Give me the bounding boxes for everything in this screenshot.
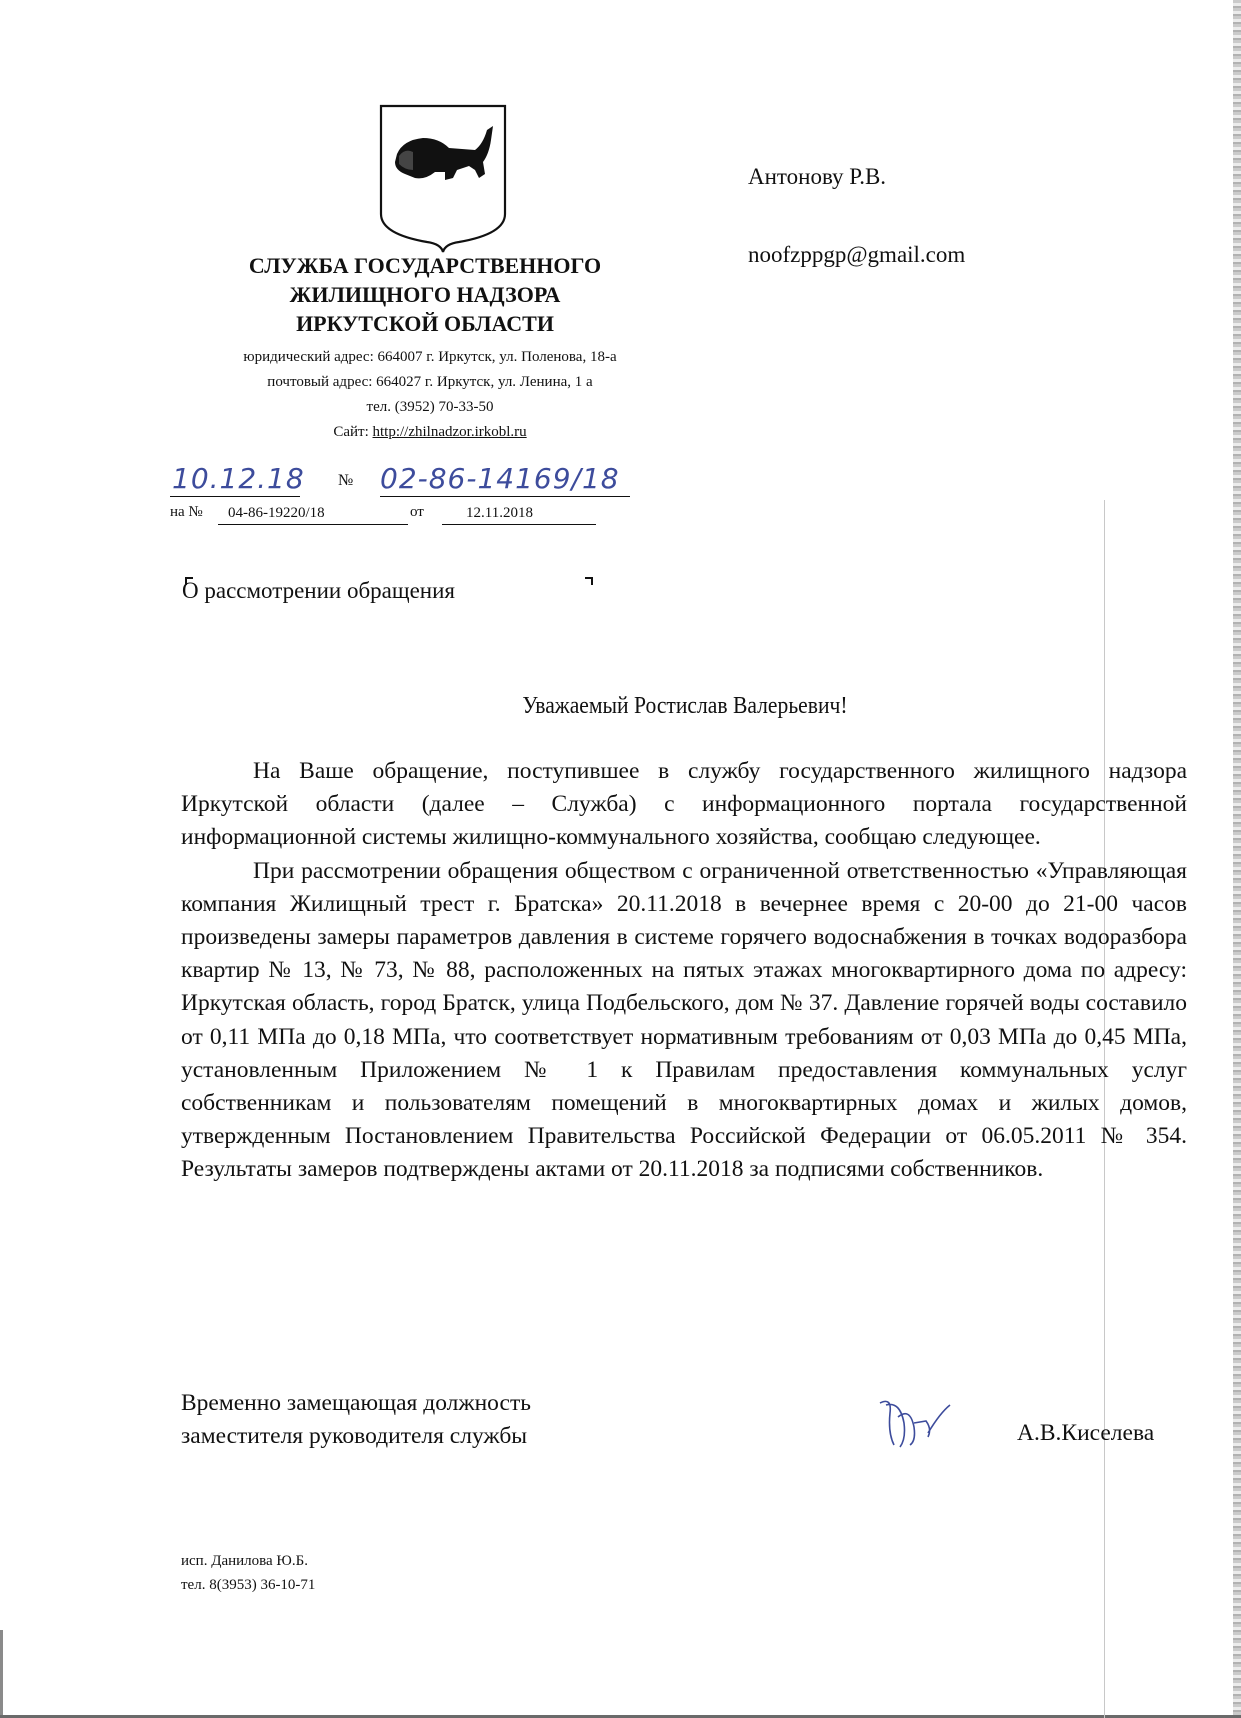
org-name-line-1: СЛУЖБА ГОСУДАРСТВЕННОГО — [180, 251, 670, 280]
scan-edge-left — [0, 1630, 3, 1718]
executor-phone: тел. 8(3953) 36-10-71 — [181, 1573, 315, 1597]
org-site: Сайт: http://zhilnadzor.irkobl.ru — [170, 420, 690, 445]
legal-address: юридический адрес: 664007 г. Иркутск, ул… — [170, 345, 690, 370]
greeting: Уважаемый Ростислав Валерьевич! — [231, 693, 1140, 720]
executor-name: исп. Данилова Ю.Б. — [181, 1549, 315, 1573]
signer-position-line-1: Временно замещающая должность — [181, 1387, 531, 1420]
letter-body: На Ваше обращение, поступившее в службу … — [181, 755, 1187, 1187]
subject-corner-right — [585, 577, 593, 585]
organization-name: СЛУЖБА ГОСУДАРСТВЕННОГО ЖИЛИЩНОГО НАДЗОР… — [180, 251, 670, 338]
coat-of-arms-icon — [379, 104, 507, 254]
body-paragraph-2: При рассмотрении обращения обществом с о… — [181, 855, 1187, 1187]
reply-to-label: на № — [170, 504, 203, 521]
org-phone: тел. (3952) 70-33-50 — [170, 395, 690, 420]
site-label: Сайт: — [333, 424, 372, 440]
organization-contacts: юридический адрес: 664007 г. Иркутск, ул… — [170, 345, 690, 445]
executor-block: исп. Данилова Ю.Б. тел. 8(3953) 36-10-71 — [181, 1549, 315, 1597]
scan-edge-right — [1233, 0, 1241, 1718]
outgoing-number: 02-86-14169/18 — [380, 462, 630, 497]
recipient-email: noofzppgp@gmail.com — [748, 216, 965, 294]
reply-to-registration: на № 04-86-19220/18 от 12.11.2018 — [170, 502, 630, 528]
body-paragraph-1: На Ваше обращение, поступившее в службу … — [181, 755, 1187, 855]
recipient-block: Антонову Р.В. noofzppgp@gmail.com — [748, 138, 965, 294]
letter-subject: О рассмотрении обращения — [182, 578, 455, 604]
signer-position-line-2: заместителя руководителя службы — [181, 1420, 531, 1453]
outgoing-registration: 10.12.18 № 02-86-14169/18 — [170, 462, 650, 502]
number-sign: № — [338, 472, 353, 490]
signer-position: Временно замещающая должность заместител… — [181, 1387, 531, 1453]
org-name-line-3: ИРКУТСКОЙ ОБЛАСТИ — [180, 309, 670, 338]
org-name-line-2: ЖИЛИЩНОГО НАДЗОРА — [180, 280, 670, 309]
outgoing-date: 10.12.18 — [170, 462, 300, 497]
reply-to-number: 04-86-19220/18 — [218, 502, 408, 525]
handwritten-signature-icon — [870, 1393, 960, 1453]
reply-to-date: 12.11.2018 — [442, 502, 596, 525]
postal-address: почтовый адрес: 664027 г. Иркутск, ул. Л… — [170, 370, 690, 395]
signer-name: А.В.Киселева — [1017, 1420, 1154, 1447]
recipient-name: Антонову Р.В. — [748, 138, 965, 216]
site-link[interactable]: http://zhilnadzor.irkobl.ru — [373, 424, 527, 440]
from-label: от — [410, 504, 424, 521]
